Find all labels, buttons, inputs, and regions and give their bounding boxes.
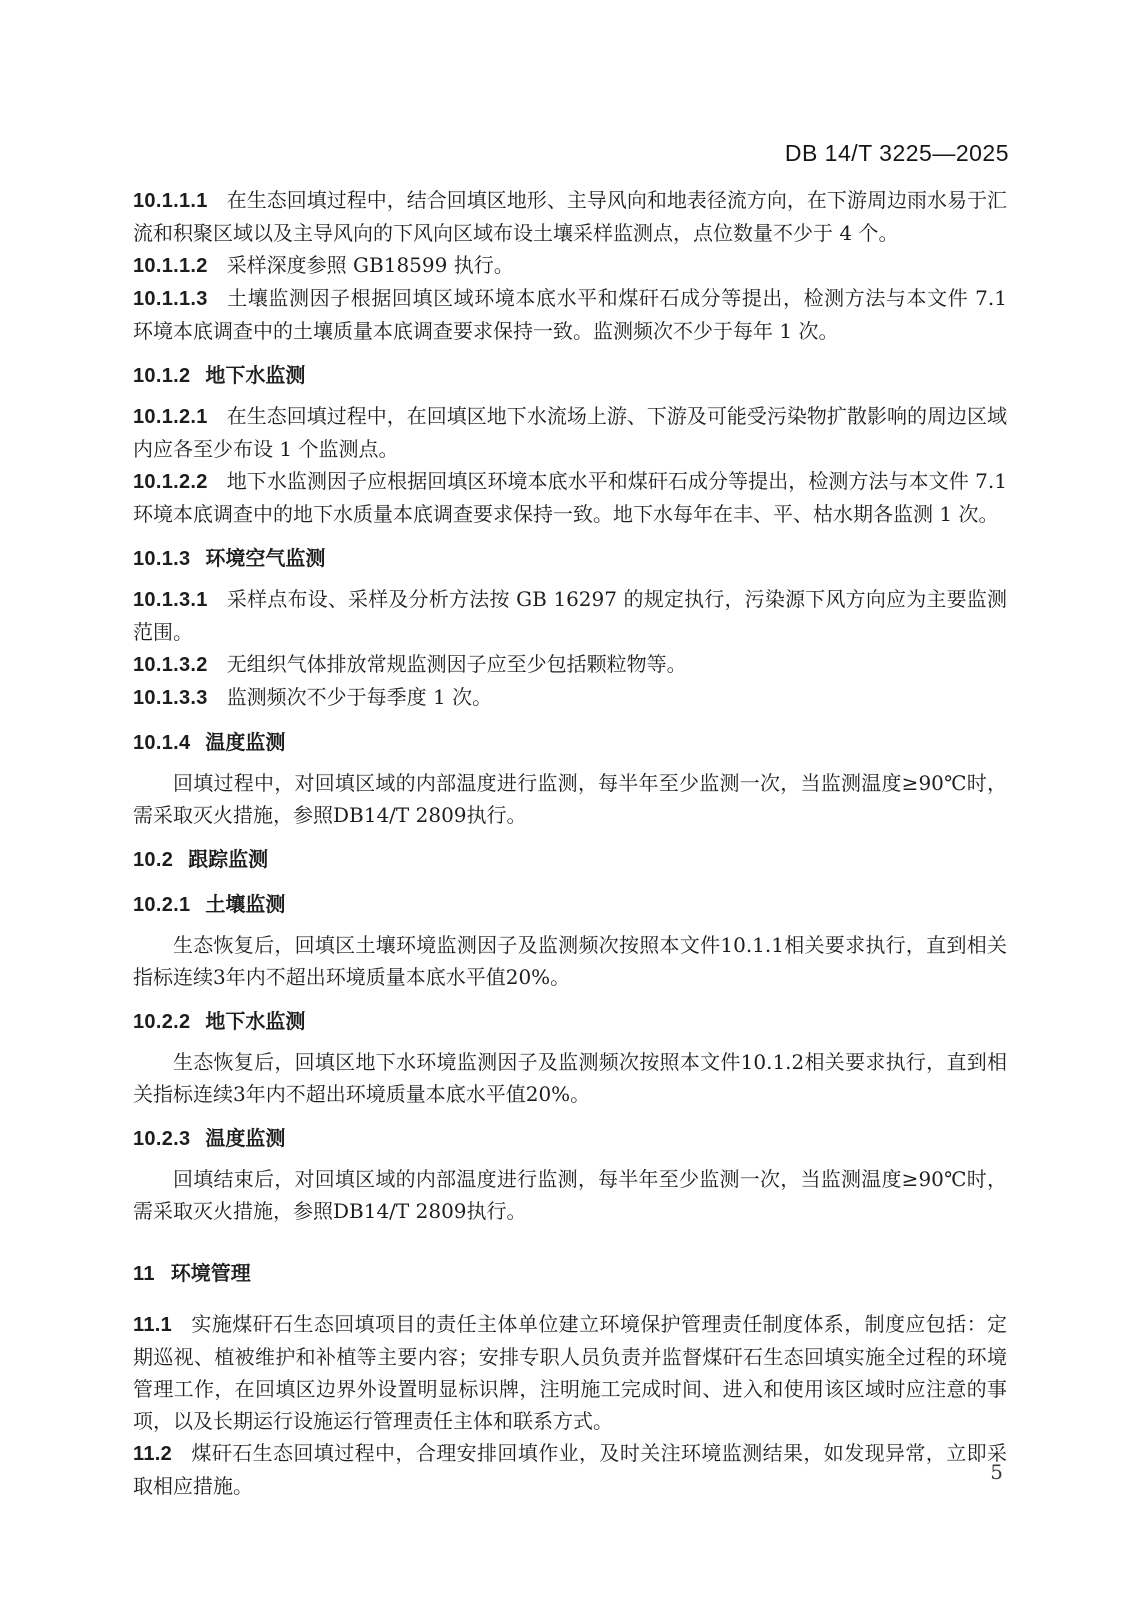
clause-number: 10.2 [133,849,173,871]
clause-number: 10.2.1 [133,894,190,916]
section-heading: 10.2跟踪监测 [133,843,1007,876]
section-heading: 10.1.4温度监测 [133,726,1007,759]
clause-number: 10.1.1.1 [133,190,208,212]
clause-text: 温度监测 [205,730,285,754]
standard-number-header: DB 14/T 3225—2025 [785,140,1009,167]
clause-text: 土壤监测 [205,892,285,916]
clause-text: 采样深度参照 GB18599 执行。 [227,253,514,277]
clause-text: 跟踪监测 [188,847,268,871]
section-heading: 10.2.1土壤监测 [133,888,1007,921]
clause-text: 环境空气监测 [205,546,325,570]
body-paragraph: 回填过程中，对回填区域的内部温度进行监测，每半年至少监测一次，当监测温度≥90℃… [133,767,1007,831]
chapter-heading: 11环境管理 [133,1257,1007,1290]
clause-paragraph: 10.1.1.2采样深度参照 GB18599 执行。 [133,249,1007,282]
clause-text: 生态恢复后，回填区地下水环境监测因子及监测频次按照本文件10.1.2相关要求执行… [133,1050,1007,1106]
clause-number: 10.1.2.2 [133,471,208,493]
clause-paragraph: 10.1.3.2无组织气体排放常规监测因子应至少包括颗粒物等。 [133,648,1007,681]
section-heading: 10.1.2地下水监测 [133,359,1007,392]
clause-number: 10.1.3 [133,548,190,570]
clause-text: 回填结束后，对回填区域的内部温度进行监测，每半年至少监测一次，当监测温度≥90℃… [133,1167,1007,1223]
clause-text: 回填过程中，对回填区域的内部温度进行监测，每半年至少监测一次，当监测温度≥90℃… [133,771,1007,827]
clause-number: 11.1 [133,1314,172,1336]
clause-paragraph: 10.1.2.2地下水监测因子应根据回填区环境本底水平和煤矸石成分等提出，检测方… [133,465,1007,530]
clause-number: 10.1.3.1 [133,589,208,611]
page-number: 5 [990,1460,1003,1484]
clause-paragraph: 10.1.3.1采样点布设、采样及分析方法按 GB 16297 的规定执行，污染… [133,583,1007,648]
clause-number: 10.2.3 [133,1128,190,1150]
clause-number: 10.1.2.1 [133,406,208,428]
clause-text: 无组织气体排放常规监测因子应至少包括颗粒物等。 [227,652,687,676]
clause-paragraph: 10.1.1.3土壤监测因子根据回填区域环境本底水平和煤矸石成分等提出，检测方法… [133,282,1007,347]
body-paragraph: 生态恢复后，回填区地下水环境监测因子及监测频次按照本文件10.1.2相关要求执行… [133,1046,1007,1110]
body-paragraph: 生态恢复后，回填区土壤环境监测因子及监测频次按照本文件10.1.1相关要求执行，… [133,929,1007,993]
body-paragraph: 回填结束后，对回填区域的内部温度进行监测，每半年至少监测一次，当监测温度≥90℃… [133,1163,1007,1227]
clause-paragraph: 11.1实施煤矸石生态回填项目的责任主体单位建立环境保护管理责任制度体系，制度应… [133,1308,1007,1437]
clause-text: 采样点布设、采样及分析方法按 GB 16297 的规定执行，污染源下风方向应为主… [133,587,1007,644]
clause-text: 温度监测 [205,1126,285,1150]
clause-text: 监测频次不少于每季度 1 次。 [227,685,492,709]
clause-number: 11 [133,1263,155,1285]
clause-number: 10.2.2 [133,1011,190,1033]
clause-text: 在生态回填过程中，在回填区地下水流场上游、下游及可能受污染物扩散影响的周边区域内… [133,404,1007,461]
clause-text: 实施煤矸石生态回填项目的责任主体单位建立环境保护管理责任制度体系，制度应包括：定… [133,1312,1007,1433]
clause-number: 10.1.4 [133,732,190,754]
clause-paragraph: 10.1.2.1在生态回填过程中，在回填区地下水流场上游、下游及可能受污染物扩散… [133,400,1007,465]
clause-text: 生态恢复后，回填区土壤环境监测因子及监测频次按照本文件10.1.1相关要求执行，… [133,933,1007,989]
document-body: 10.1.1.1在生态回填过程中，结合回填区地形、主导风向和地表径流方向，在下游… [133,184,1007,1502]
section-heading: 10.1.3环境空气监测 [133,542,1007,575]
document-page: DB 14/T 3225—2025 10.1.1.1在生态回填过程中，结合回填区… [0,0,1131,1600]
clause-paragraph: 10.1.1.1在生态回填过程中，结合回填区地形、主导风向和地表径流方向，在下游… [133,184,1007,249]
clause-text: 地下水监测 [205,363,305,387]
clause-paragraph: 10.1.3.3监测频次不少于每季度 1 次。 [133,681,1007,714]
clause-number: 10.1.1.3 [133,288,208,310]
clause-number: 10.1.3.3 [133,687,208,709]
clause-number: 10.1.2 [133,365,190,387]
clause-text: 地下水监测因子应根据回填区环境本底水平和煤矸石成分等提出，检测方法与本文件 7.… [133,469,1007,526]
clause-text: 环境管理 [171,1261,251,1285]
clause-text: 煤矸石生态回填过程中，合理安排回填作业，及时关注环境监测结果，如发现异常，立即采… [133,1441,1007,1498]
clause-text: 在生态回填过程中，结合回填区地形、主导风向和地表径流方向，在下游周边雨水易于汇流… [133,188,1007,245]
section-heading: 10.2.3温度监测 [133,1122,1007,1155]
section-heading: 10.2.2地下水监测 [133,1005,1007,1038]
clause-number: 11.2 [133,1443,172,1465]
clause-number: 10.1.1.2 [133,255,208,277]
clause-text: 土壤监测因子根据回填区域环境本底水平和煤矸石成分等提出，检测方法与本文件 7.1… [133,286,1007,343]
clause-number: 10.1.3.2 [133,654,208,676]
clause-text: 地下水监测 [205,1009,305,1033]
clause-paragraph: 11.2煤矸石生态回填过程中，合理安排回填作业，及时关注环境监测结果，如发现异常… [133,1437,1007,1502]
